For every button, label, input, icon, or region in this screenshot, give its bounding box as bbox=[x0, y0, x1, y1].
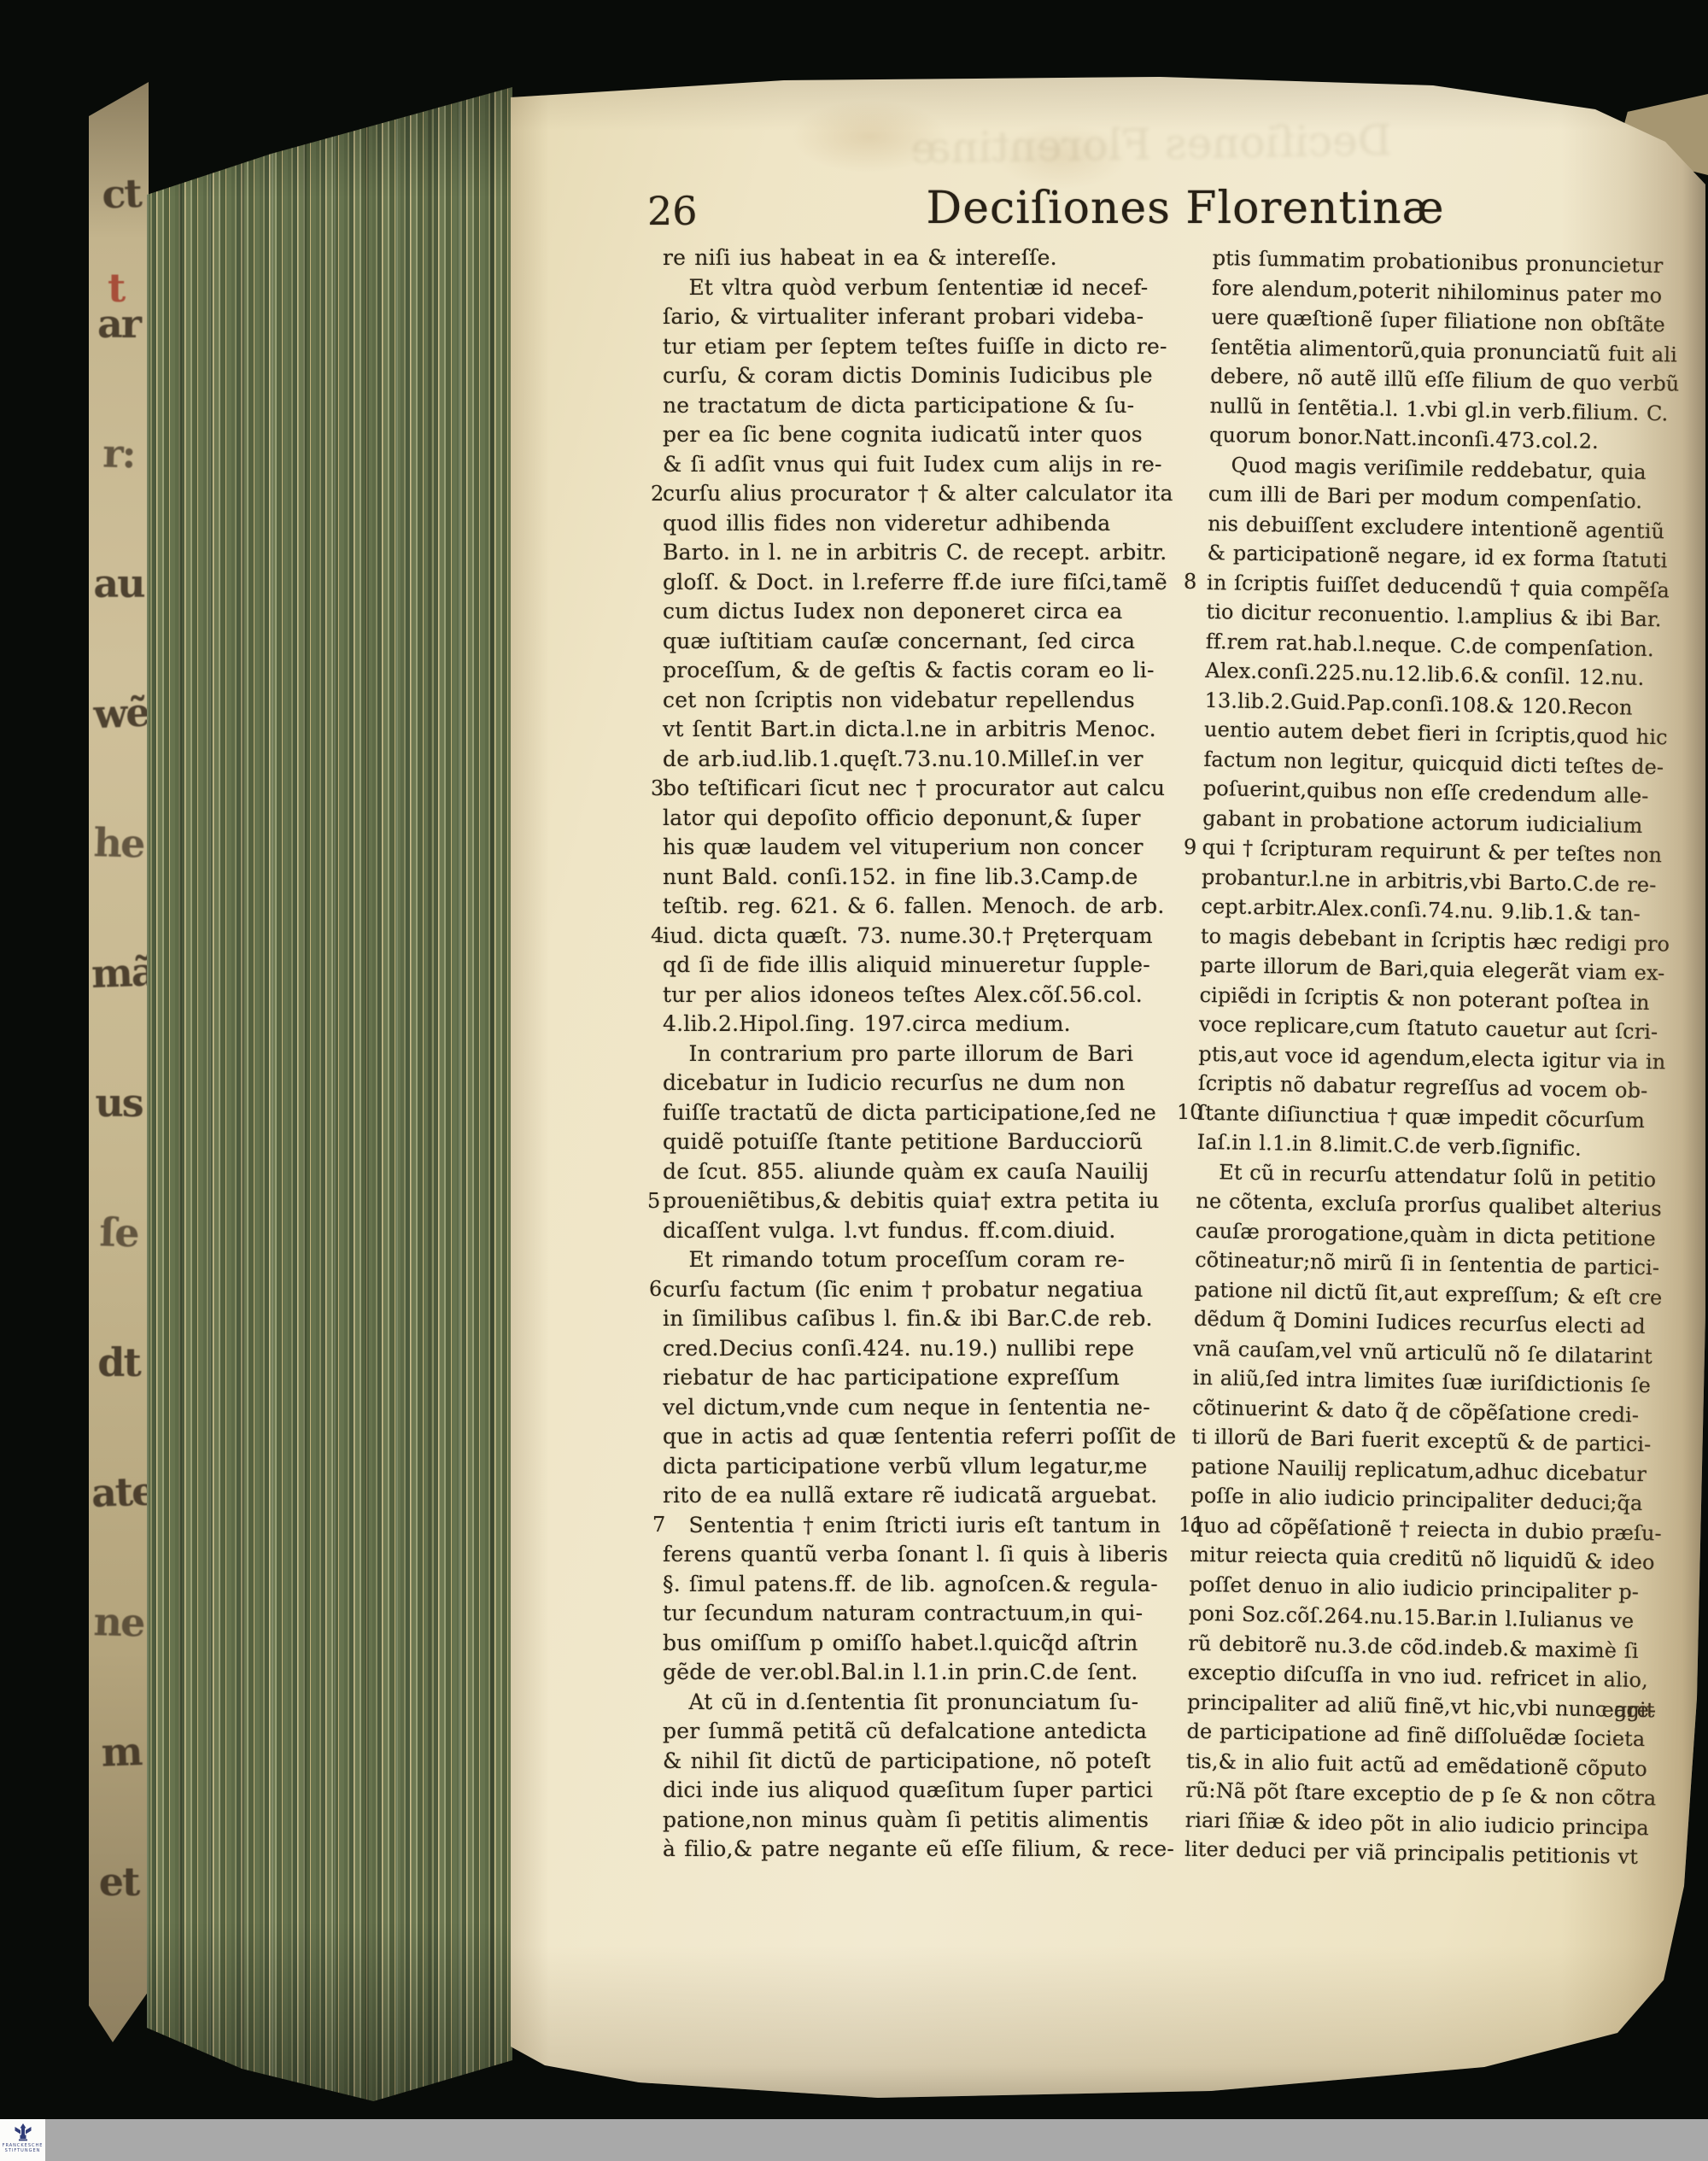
text-line: per ea ſic bene cognita iudicatũ inter q… bbox=[663, 420, 1199, 450]
text-line: re niſi ius habeat in ea & intereſſe. bbox=[663, 243, 1199, 273]
left-text-column: re niſi ius habeat in ea & intereſſe. Et… bbox=[663, 243, 1199, 1865]
text-line: vel dictum,vnde cum neque in ſententia n… bbox=[663, 1393, 1199, 1423]
text-line: proceſſum, & de geſtis & factis coram eo… bbox=[663, 656, 1199, 686]
right-text-column: ptis ſummatim probationibus pronuncietur… bbox=[1184, 243, 1697, 1872]
text-line: r: bbox=[87, 388, 150, 519]
text-line: lator qui depoſito officio deponunt,& ſu… bbox=[663, 804, 1199, 834]
text-line: rito de ea nullã extare rẽ iudicatã argu… bbox=[663, 1481, 1199, 1511]
text-line: curſu, & coram dictis Dominis Iudicibus … bbox=[663, 361, 1199, 391]
franckesche-stiftungen-eagle-icon bbox=[12, 2122, 34, 2142]
margin-number: 10 bbox=[1177, 1098, 1211, 1127]
text-line: & ſi adſit vnus qui fuit Iudex cum alijs… bbox=[663, 450, 1199, 480]
margin-number: 8 bbox=[1184, 567, 1218, 597]
library-stamp: FRANCKESCHE STIFTUNGEN bbox=[0, 2119, 45, 2161]
text-line: tur ſecundum naturam contractuum,in qui- bbox=[663, 1599, 1199, 1629]
text-line: §. ſimul patens.ff. de lib. agnoſcen.& r… bbox=[663, 1570, 1199, 1600]
text-line: au bbox=[89, 518, 149, 648]
text-line: gẽde de ver.obl.Bal.in l.1.in prin.C.de … bbox=[663, 1658, 1199, 1688]
text-line: qd ſi de fide illis aliquid minueretur ſ… bbox=[663, 951, 1199, 981]
text-line: cet non ſcriptis non videbatur repellend… bbox=[663, 686, 1199, 716]
text-line: curſu alius procurator † & alter calcula… bbox=[663, 479, 1199, 509]
text-line: quod illis fides non videretur adhibenda bbox=[663, 509, 1199, 539]
text-line: ferens quantũ verba ſonant l. ſi quis à … bbox=[663, 1540, 1199, 1570]
text-line: wẽ bbox=[89, 647, 153, 779]
text-line: proueniẽtibus,& debitis quia† extra peti… bbox=[663, 1186, 1199, 1216]
text-line: tur per alios idoneos teſtes Alex.cõſ.56… bbox=[663, 981, 1199, 1010]
text-line: gloſſ. & Doct. in l.referre ff.de iure f… bbox=[663, 568, 1199, 598]
text-line: bus omiſſum p omiſſo habet.l.quicq̃d aſt… bbox=[663, 1629, 1199, 1659]
book-photo-scene: ctarr:auwẽhemãusſedtatenemet t Deciſione… bbox=[0, 0, 1708, 2161]
book-page: Deciſiones Florentinæ 26 Deciſiones Flor… bbox=[511, 75, 1705, 2101]
text-line: ne tractatum de dicta participatione & ſ… bbox=[663, 391, 1199, 421]
text-line: quæ iuſtitiam cauſæ concernant, ſed circ… bbox=[663, 627, 1199, 657]
margin-number: 9 bbox=[1184, 833, 1218, 863]
text-line: à filio,& patre negante eũ eſſe filium, … bbox=[663, 1835, 1199, 1865]
text-line: cum dictus Iudex non deponeret circa ea bbox=[663, 597, 1199, 627]
margin-number: 6 bbox=[649, 1274, 683, 1304]
text-line: he bbox=[87, 777, 150, 909]
text-line: curſu factum (ſic enim † probatur negati… bbox=[663, 1275, 1199, 1305]
text-line: In contrarium pro parte illorum de Bari bbox=[663, 1040, 1199, 1069]
text-line: Sententia † enim ſtricti iuris eſt tantu… bbox=[663, 1511, 1199, 1541]
text-line: de arb.iud.lib.1.quęſt.73.nu.10.Milleſ.i… bbox=[663, 745, 1199, 775]
text-line: 4.lib.2.Hipol.ſing. 197.circa medium. bbox=[663, 1010, 1199, 1040]
text-line: m bbox=[89, 1686, 153, 1818]
text-line: per ſummã petitã cũ defalcatione antedic… bbox=[663, 1717, 1199, 1747]
text-line: Barto. in l. ne in arbitris C. de recept… bbox=[663, 538, 1199, 568]
text-line: mã bbox=[89, 907, 153, 1039]
text-line: patione,non minus quàm ſi petitis alimen… bbox=[663, 1806, 1199, 1836]
text-line: his quæ laudem vel vituperium non concer bbox=[663, 833, 1199, 863]
text-line: iud. dicta quæſt. 73. nume.30.† Pręterqu… bbox=[663, 922, 1199, 952]
margin-number: 3 bbox=[651, 774, 685, 804]
stamp-text-line: STIFTUNGEN bbox=[0, 2148, 45, 2153]
text-line: Et vltra quòd verbum ſententiæ id necef- bbox=[663, 273, 1199, 303]
text-line: vt ſentit Bart.in dicta.l.ne in arbitris… bbox=[663, 715, 1199, 745]
scan-bottom-bar: FRANCKESCHE STIFTUNGEN bbox=[0, 2119, 1708, 2161]
text-line: dici inde ius aliquod quæſitum ſuper par… bbox=[663, 1776, 1199, 1806]
text-line: At cũ in d.ſententia ſit pronunciatum ſu… bbox=[663, 1688, 1199, 1718]
text-line: ate bbox=[89, 1426, 153, 1558]
text-line: us bbox=[89, 1038, 149, 1168]
text-line: quidẽ potuiſſe ſtante petitione Barducci… bbox=[663, 1127, 1199, 1157]
text-line: ne bbox=[87, 1556, 150, 1688]
text-line: que in actis ad quæ ſententia referri po… bbox=[663, 1422, 1199, 1452]
margin-number: 7 bbox=[652, 1510, 687, 1540]
book-fore-edge bbox=[147, 77, 512, 2103]
text-line: cred.Decius conſi.424. nu.19.) nullibi r… bbox=[663, 1334, 1199, 1364]
text-line: teſtib. reg. 621. & 6. fallen. Menoch. d… bbox=[663, 892, 1199, 922]
text-line: ſario, & virtualiter inferant probari vi… bbox=[663, 302, 1199, 332]
rubrication-mark: t bbox=[108, 265, 126, 311]
margin-number: 11 bbox=[1179, 1510, 1213, 1540]
text-line: bo teſtificari ſicut nec † procurator au… bbox=[663, 774, 1199, 804]
text-line: dt bbox=[89, 1297, 149, 1427]
text-line: ct bbox=[89, 128, 153, 260]
text-line: dicta participatione verbũ vllum legatur… bbox=[663, 1452, 1199, 1482]
text-line: dicaſſent vulga. l.vt fundus. ff.com.diu… bbox=[663, 1216, 1199, 1246]
text-line: in ſimilibus caſibus l. fin.& ibi Bar.C.… bbox=[663, 1304, 1199, 1334]
text-line: Et rimando totum proceſſum coram re- bbox=[663, 1245, 1199, 1275]
text-line: dicebatur in Iudicio recurſus ne dum non bbox=[663, 1069, 1199, 1098]
running-title: Deciſiones Florentinæ bbox=[912, 183, 1459, 234]
margin-number: 4 bbox=[651, 921, 685, 951]
text-line: & nihil ſit dictũ de participatione, nõ … bbox=[663, 1747, 1199, 1777]
text-line: tur etiam per ſeptem teſtes fuiſſe in di… bbox=[663, 332, 1199, 362]
text-line: fuiſſe tractatũ de dicta participatione,… bbox=[663, 1098, 1199, 1128]
margin-number: 2 bbox=[651, 479, 685, 509]
page-number: 26 bbox=[647, 188, 698, 234]
text-line: et bbox=[89, 1817, 149, 1947]
catchword: egre- bbox=[1602, 1698, 1656, 1722]
text-line: ſe bbox=[87, 1167, 150, 1298]
text-line: riebatur de hac participatione expreſſum bbox=[663, 1363, 1199, 1393]
title-showthrough: Deciſiones Florentinæ bbox=[878, 114, 1425, 173]
manuscript-spine-strip: ctarr:auwẽhemãusſedtatenemet bbox=[89, 82, 149, 2042]
text-line: nunt Bald. conſi.152. in fine lib.3.Camp… bbox=[663, 863, 1199, 893]
text-line: de ſcut. 855. aliunde quàm ex cauſa Naui… bbox=[663, 1157, 1199, 1187]
margin-number: 5 bbox=[647, 1186, 681, 1216]
